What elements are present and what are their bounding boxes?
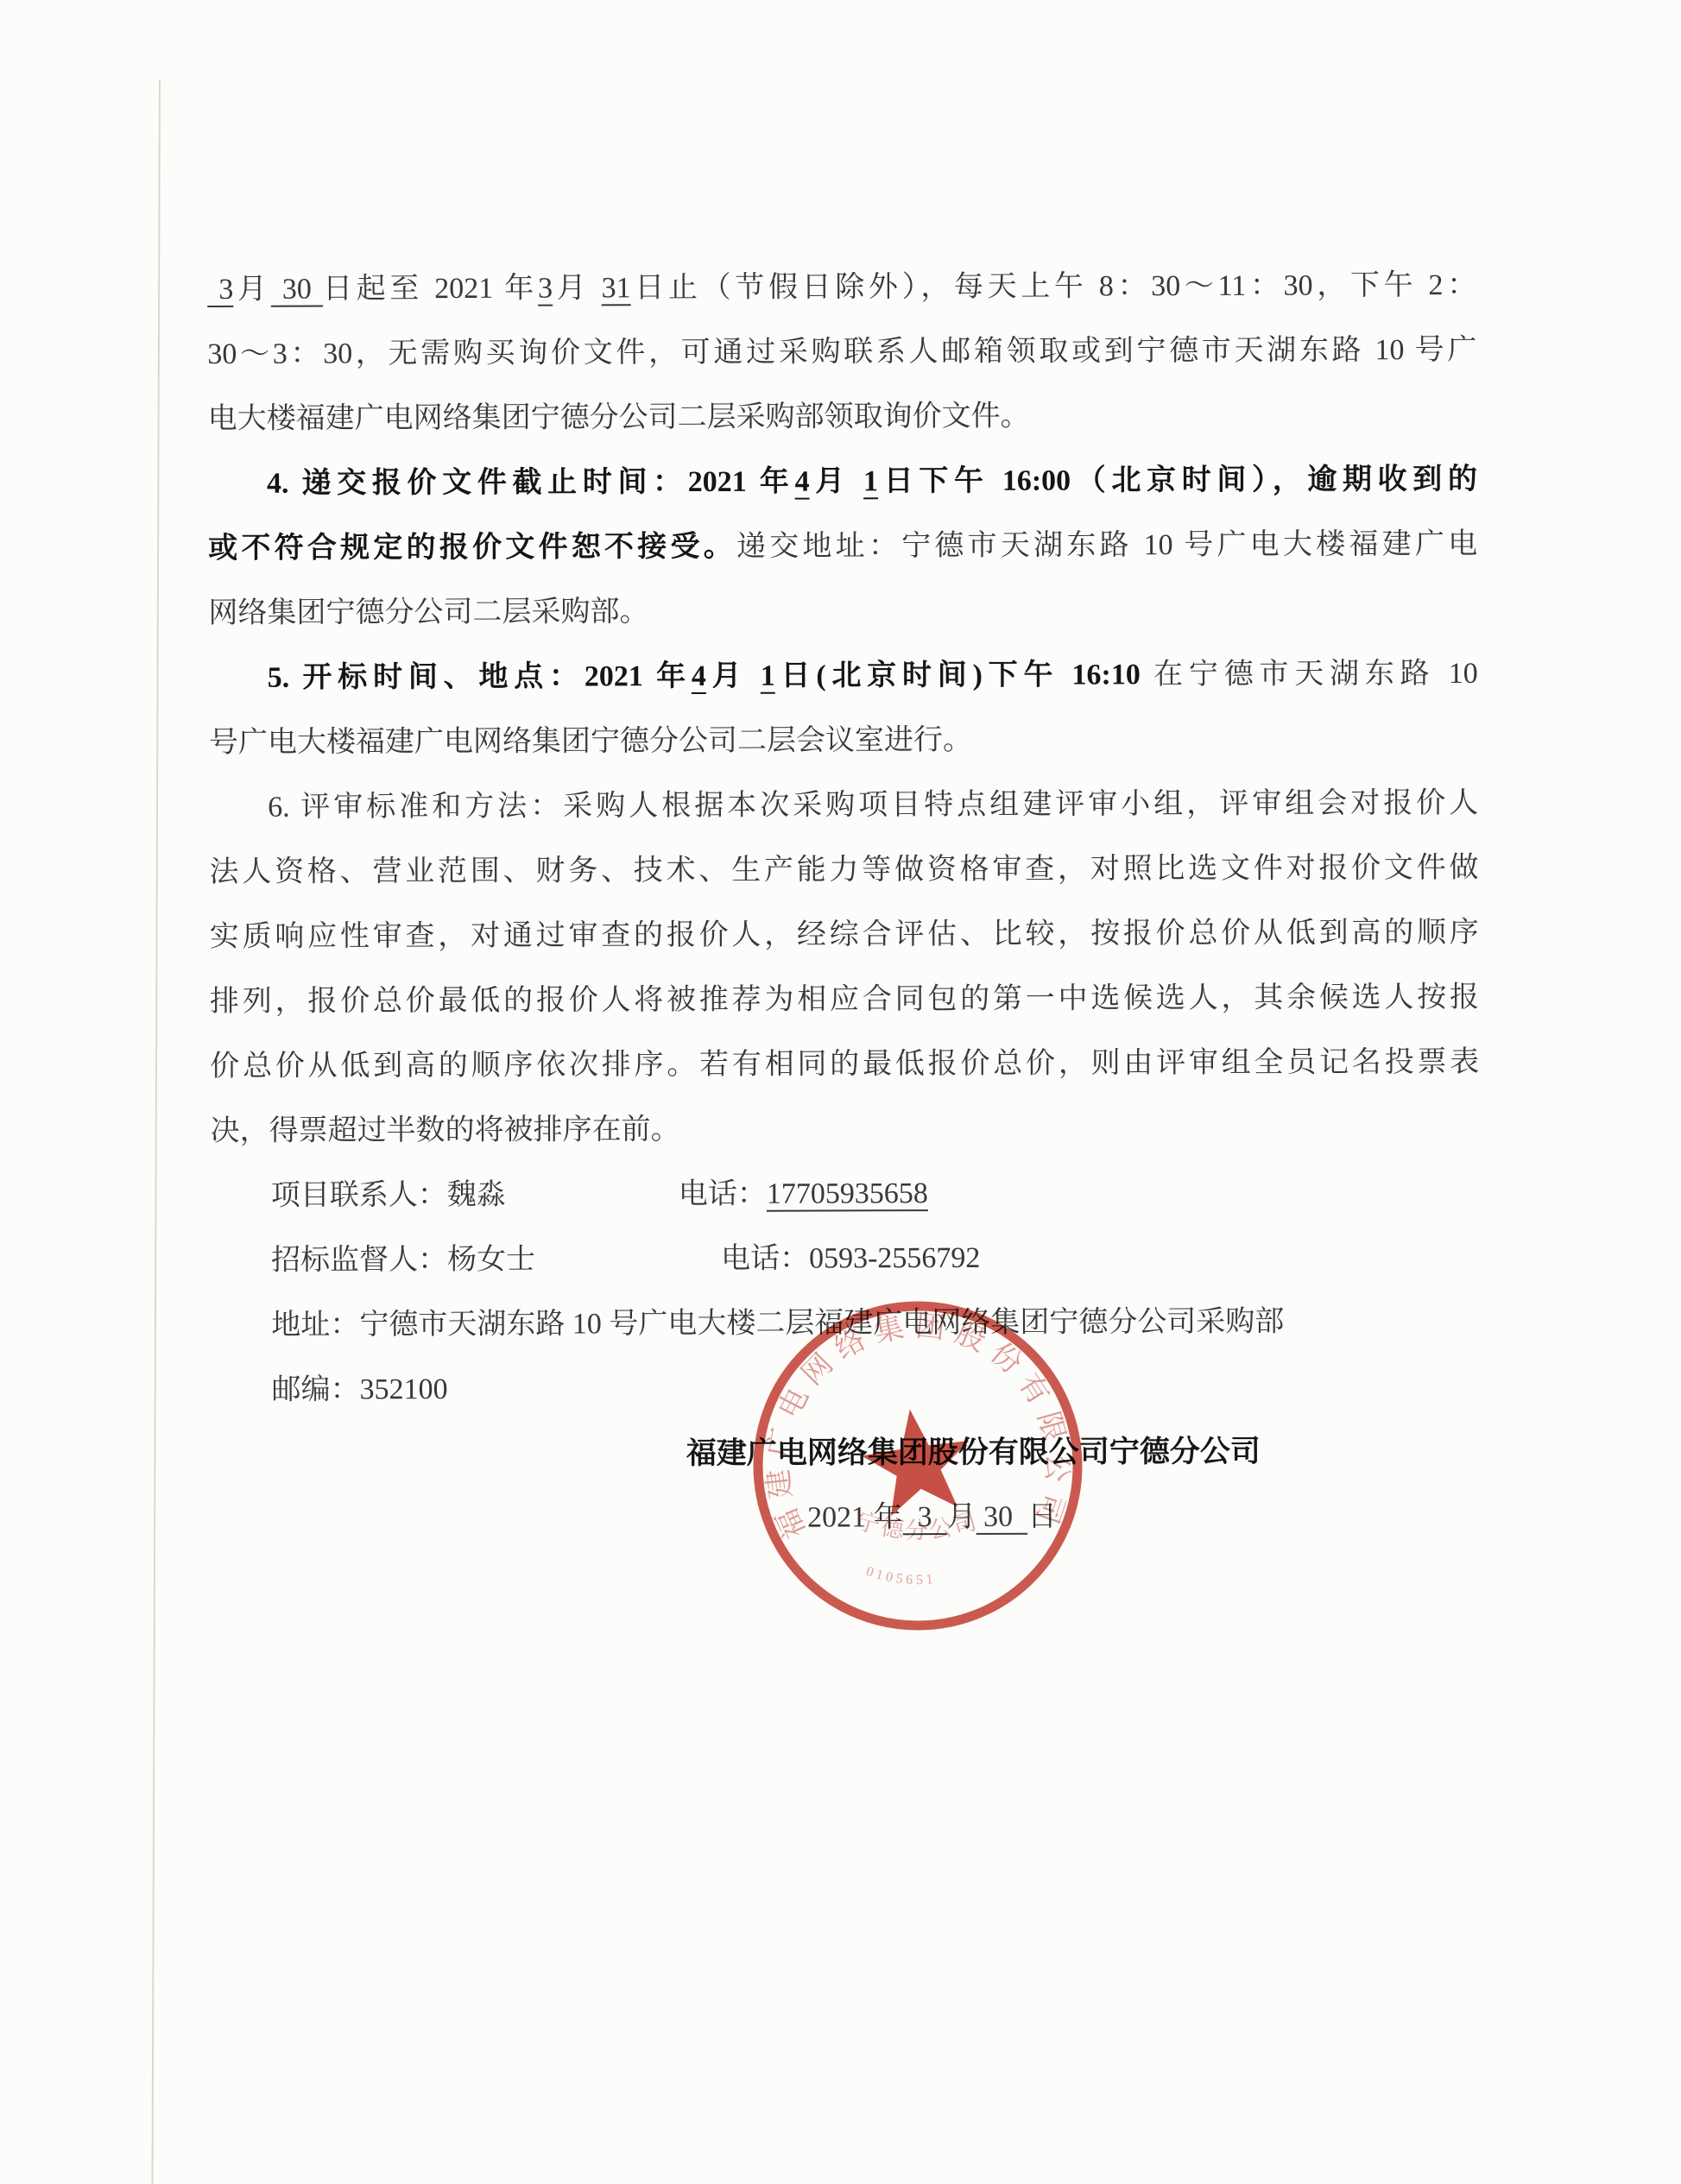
- document-line: 决，得票超过半数的将被排序在前。: [210, 1095, 1479, 1164]
- document-line: 电大楼福建广电网络集团宁德分公司二层采购部领取询价文件。: [208, 382, 1477, 451]
- document-line: 6. 评审标准和方法：采购人根据本次采购项目特点组建评审小组，评审组会对报价人: [209, 771, 1478, 840]
- document-line: 价总价从低到高的顺序依次排序。若有相同的最低报价总价，则由评审组全员记名投票表: [210, 1030, 1479, 1099]
- text-run: 日(北京时间)下午 16:10: [775, 659, 1154, 692]
- text-run: 实质响应性审查，对通过审查的报价人，经综合评估、比较，按报价总价从低到高的顺序: [210, 917, 1479, 953]
- text-run: 6. 评审标准和方法：采购人根据本次采购项目特点组建评审小组，评审组会对报价人: [268, 787, 1478, 824]
- text-run: 3: [207, 274, 233, 306]
- text-run: 4: [794, 466, 809, 498]
- text-gap: [506, 1202, 679, 1204]
- document-line: 或不符合规定的报价文件恕不接受。递交地址：宁德市天湖东路 10 号广电大楼福建广…: [208, 512, 1477, 581]
- text-run: 项目联系人：魏淼: [271, 1179, 506, 1212]
- text-run: 30: [976, 1501, 1028, 1533]
- text-run: 月: [553, 272, 602, 304]
- document-body: 3月 30 日起至 2021 年3月 31日止（节假日除外），每天上午 8：30…: [207, 253, 1481, 1552]
- text-run: 月: [947, 1501, 976, 1533]
- scanned-document-page: { "colors": { "stamp": "#c23a2e", "ink":…: [0, 0, 1681, 2184]
- text-run: 福建广电网络集团股份有限公司宁德分公司: [686, 1435, 1261, 1470]
- text-run: 决，得票超过半数的将被排序在前。: [210, 1114, 679, 1147]
- text-run: 4. 递交报价文件截止时间：2021 年: [267, 466, 795, 500]
- contact-person-line: 项目联系人：魏淼电话：17705935658: [211, 1159, 1480, 1228]
- text-run: 网络集团宁德分公司二层采购部。: [208, 596, 648, 629]
- text-run: 1: [761, 660, 775, 692]
- postcode-line: 邮编：352100: [211, 1354, 1480, 1423]
- document-line: 30～3：30，无需购买询价文件，可通过采购联系人邮箱领取或到宁德市天湖东路 1…: [207, 318, 1476, 387]
- seal-serial-number: 0105651: [864, 1564, 937, 1588]
- document-line: 法人资格、营业范围、财务、技术、生产能力等做资格审查，对照比选文件对报价文件做: [209, 836, 1478, 905]
- document-line: 5. 开标时间、地点：2021 年4月 1日(北京时间)下午 16:10 在宁德…: [209, 641, 1478, 710]
- text-run: 30～3：30，无需购买询价文件，可通过采购联系人邮箱领取或到宁德市天湖东路 1…: [207, 334, 1476, 370]
- document-line: 实质响应性审查，对通过审查的报价人，经综合评估、比较，按报价总价从低到高的顺序: [210, 900, 1479, 969]
- text-run: 月: [233, 274, 270, 306]
- text-run: 4: [692, 660, 706, 692]
- text-run: 邮编：352100: [272, 1373, 448, 1406]
- text-run: 电话：0593-2556792: [721, 1242, 980, 1275]
- text-run: 地址：宁德市天湖东路 10 号广电大楼二层福建广电网络集团宁德分公司采购部: [271, 1306, 1284, 1341]
- text-run: 31: [602, 272, 631, 304]
- text-run: 号广电大楼福建广电网络集团宁德分公司二层会议室进行。: [209, 724, 972, 759]
- text-run: 1: [863, 465, 878, 497]
- text-run: 价总价从低到高的顺序依次排序。若有相同的最低报价总价，则由评审组全员记名投票表: [210, 1046, 1479, 1083]
- text-run: 电话：: [679, 1178, 767, 1210]
- text-run: 在宁德市天湖东路 10: [1153, 658, 1478, 691]
- text-run: 招标监督人：杨女士: [271, 1244, 535, 1277]
- signature-company-line: 福建广电网络集团股份有限公司宁德分公司: [212, 1418, 1481, 1487]
- text-run: 2021 年: [807, 1501, 903, 1533]
- text-run: 3: [538, 273, 553, 305]
- text-run: 17705935658: [767, 1177, 928, 1210]
- text-run: 日起至 2021 年: [323, 273, 538, 306]
- text-run: 日下午 16:00（北京时间），逾期收到的: [878, 464, 1477, 497]
- document-line: 网络集团宁德分公司二层采购部。: [208, 577, 1477, 646]
- text-run: 递交地址：宁德市天湖东路 10 号广电大楼福建广电: [736, 528, 1477, 563]
- paper-scan-edge: [151, 79, 161, 2184]
- text-run: 5. 开标时间、地点：2021 年: [268, 660, 692, 694]
- text-gap: [535, 1267, 721, 1269]
- address-line: 地址：宁德市天湖东路 10 号广电大楼二层福建广电网络集团宁德分公司采购部: [211, 1289, 1480, 1358]
- text-run: 3: [903, 1501, 947, 1533]
- text-run: 法人资格、营业范围、财务、技术、生产能力等做资格审查，对照比选文件对报价文件做: [209, 852, 1478, 888]
- document-line: 4. 递交报价文件截止时间：2021 年4月 1日下午 16:00（北京时间），…: [208, 447, 1477, 516]
- signature-date-line: 2021 年 3 月 30 日: [212, 1483, 1481, 1552]
- document-line: 排列，报价总价最低的报价人将被推荐为相应合同包的第一中选候选人，其余候选人按报: [210, 965, 1479, 1034]
- document-line: 3月 30 日起至 2021 年3月 31日止（节假日除外），每天上午 8：30…: [207, 253, 1476, 322]
- text-run: 月: [809, 465, 863, 497]
- text-run: 排列，报价总价最低的报价人将被推荐为相应合同包的第一中选候选人，其余候选人按报: [210, 982, 1479, 1018]
- document-line: 号广电大楼福建广电网络集团宁德分公司二层会议室进行。: [209, 706, 1478, 775]
- text-run: 日止（节假日除外），每天上午 8：30～11：30，下午 2：: [631, 269, 1477, 304]
- text-run: 30: [271, 274, 323, 306]
- text-run: 日: [1027, 1501, 1057, 1533]
- tender-supervisor-line: 招标监督人：杨女士电话：0593-2556792: [211, 1224, 1480, 1293]
- text-run: 电大楼福建广电网络集团宁德分公司二层采购部领取询价文件。: [208, 401, 1030, 435]
- text-run: 或不符合规定的报价文件恕不接受。: [208, 531, 736, 565]
- text-run: 月: [706, 660, 761, 692]
